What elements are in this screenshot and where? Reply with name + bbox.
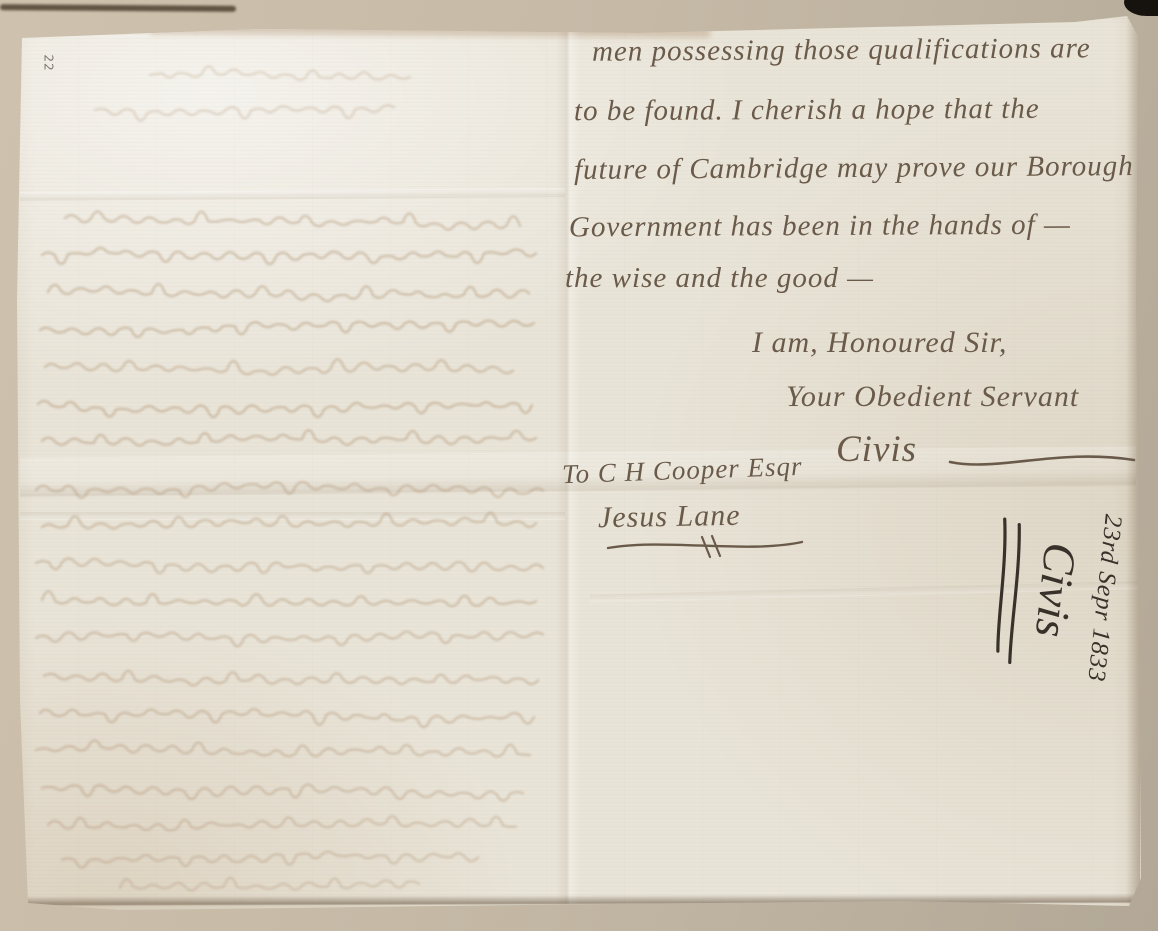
docket-signature: Civis (1011, 540, 1087, 770)
paper-right-edge-shadow (1126, 18, 1140, 904)
closing-line: I am, Honoured Sir, (752, 326, 1007, 360)
letter-body-line: Government has been in the hands of — (569, 209, 1071, 245)
top-edge-smudge (150, 22, 710, 38)
signature: Civis (836, 428, 917, 471)
docket: 23rd Sepr 1833 Civis (973, 503, 1126, 775)
letter-body-line: to be found. I cherish a hope that the (574, 93, 1040, 128)
paper-bottom-edge-shadow (18, 894, 1140, 906)
bleedthrough-handwriting (12, 28, 572, 908)
docket-date: 23rd Sepr 1833 (1072, 513, 1127, 775)
fold-crease-middle (20, 446, 1136, 498)
fold-crease-vertical (556, 28, 580, 904)
address-flourish (606, 534, 806, 560)
folio-mark: 22 (42, 54, 56, 71)
letter-body-line: the wise and the good — (565, 262, 874, 295)
docket-underline-flourish (983, 516, 1027, 668)
letter-body-line: future of Cambridge may prove our Boroug… (574, 150, 1134, 187)
fold-crease-upper-left (20, 188, 565, 201)
dark-corner-artifact (1124, 0, 1158, 16)
closing-line: Your Obedient Servant (786, 380, 1079, 414)
fold-crease-lower-right (590, 581, 1138, 602)
letter-photograph: 22 men possessing those qualifications a… (0, 0, 1158, 931)
dark-streak-artifact (0, 4, 236, 12)
address-line: Jesus Lane (598, 499, 741, 535)
signature-flourish (948, 446, 1138, 474)
letter-paper: 22 men possessing those qualifications a… (0, 0, 1158, 931)
letter-body-line: men possessing those qualifications are (592, 32, 1091, 68)
fold-crease-lower-left (20, 512, 565, 520)
address-line: To C H Cooper Esqr (562, 451, 803, 490)
